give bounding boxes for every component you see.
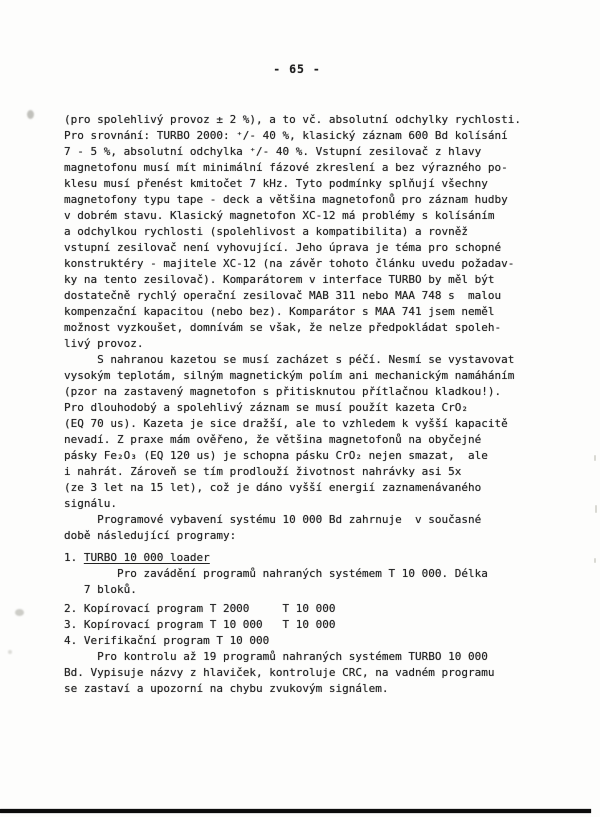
text-line: S nahranou kazetou se musí zacházet s pé…: [64, 352, 564, 368]
page-number: - 65 -: [0, 62, 594, 76]
text-line: Pro dlouhodobý a spolehlivý záznam se mu…: [64, 400, 564, 416]
text-line: 2. Kopírovací program T 2000 T 10 000: [64, 601, 564, 617]
list-item-number: 1.: [64, 551, 84, 564]
text-line: vysokým teplotám, silným magnetickým pol…: [64, 368, 564, 384]
text-line: signálu.: [64, 496, 564, 512]
scan-speckle-artifact: [594, 455, 596, 461]
text-line: kompenzační kapacitou (nebo bez). Kompar…: [64, 304, 564, 320]
scan-speckle-artifact: [595, 505, 597, 513]
text-line: Programové vybavení systému 10 000 Bd za…: [64, 512, 564, 528]
paragraph-3: Programové vybavení systému 10 000 Bd za…: [64, 512, 564, 544]
text-line: 7 bloků.: [64, 582, 564, 598]
text-line: nevadí. Z praxe mám ověřeno, že většina …: [64, 432, 564, 448]
text-line: konstruktéry - majitele XC-12 (na závěr …: [64, 256, 564, 272]
program-list: 1. TURBO 10 000 loader Pro zavádění prog…: [64, 550, 564, 649]
list-item: 3. Kopírovací program T 10 000 T 10 000: [64, 617, 564, 633]
text-line: 4. Verifikační program T 10 000: [64, 633, 564, 649]
list-item-title: TURBO 10 000 loader: [84, 551, 210, 564]
text-line: livý provoz.: [64, 336, 564, 352]
scan-edge-bar-artifact: [0, 809, 591, 813]
text-line: magnetofony typu tape - deck a většina m…: [64, 192, 564, 208]
text-line: době následující programy:: [64, 528, 564, 544]
text-line: 7 - 5 %, absolutní odchylka ⁺/- 40 %. Vs…: [64, 144, 564, 160]
closing-paragraph: Pro kontrolu až 19 programů nahraných sy…: [64, 649, 564, 697]
text-line: a odchylkou rychlosti (spolehlivost a ko…: [64, 224, 564, 240]
text-line: (EQ 70 us). Kazeta je sice dražší, ale t…: [64, 416, 564, 432]
text-line: dostatečně rychlý operační zesilovač MAB…: [64, 288, 564, 304]
list-item: 2. Kopírovací program T 2000 T 10 000: [64, 601, 564, 617]
scan-smudge-artifact: [27, 110, 34, 119]
scan-speckle-artifact: [594, 558, 596, 563]
text-line: se zastaví a upozorní na chybu zvukovým …: [64, 681, 564, 697]
text-line: magnetofonu musí mít minimální fázové zk…: [64, 160, 564, 176]
list-item: 1. TURBO 10 000 loader Pro zavádění prog…: [64, 550, 564, 598]
text-line: klesu musí přenést kmitočet 7 kHz. Tyto …: [64, 176, 564, 192]
scan-smudge-artifact: [8, 650, 12, 654]
text-line: Pro zavádění programů nahraných systémem…: [64, 566, 564, 582]
text-line: pásky Fe₂O₃ (EQ 120 us) je schopna pásku…: [64, 448, 564, 464]
text-line: ky na tento zesilovač). Komparátorem v i…: [64, 272, 564, 288]
text-line: 3. Kopírovací program T 10 000 T 10 000: [64, 617, 564, 633]
paragraph-1: (pro spolehlivý provoz ± 2 %), a to vč. …: [64, 112, 564, 352]
text-line: možnost vyzkoušet, domnívám se však, že …: [64, 320, 564, 336]
text-line: (pzor na zastavený magnetofon s přitiskn…: [64, 384, 564, 400]
document-body: (pro spolehlivý provoz ± 2 %), a to vč. …: [64, 112, 564, 697]
list-item-title-line: 1. TURBO 10 000 loader: [64, 550, 564, 566]
text-line: (pro spolehlivý provoz ± 2 %), a to vč. …: [64, 112, 564, 128]
scan-smudge-artifact: [15, 609, 24, 616]
text-line: i nahrát. Zároveň se tím prodlouží život…: [64, 464, 564, 480]
text-line: Pro srovnání: TURBO 2000: ⁺/- 40 %, klas…: [64, 128, 564, 144]
text-line: (ze 3 let na 15 let), což je dáno vyšší …: [64, 480, 564, 496]
text-line: v dobrém stavu. Klasický magnetofon XC-1…: [64, 208, 564, 224]
text-line: Bd. Vypisuje názvy z hlaviček, kontroluj…: [64, 665, 564, 681]
text-line: vstupní zesilovač není vyhovující. Jeho …: [64, 240, 564, 256]
list-item: 4. Verifikační program T 10 000: [64, 633, 564, 649]
scanned-document-page: - 65 - (pro spolehlivý provoz ± 2 %), a …: [0, 0, 600, 817]
paragraph-2: S nahranou kazetou se musí zacházet s pé…: [64, 352, 564, 512]
text-line: Pro kontrolu až 19 programů nahraných sy…: [64, 649, 564, 665]
